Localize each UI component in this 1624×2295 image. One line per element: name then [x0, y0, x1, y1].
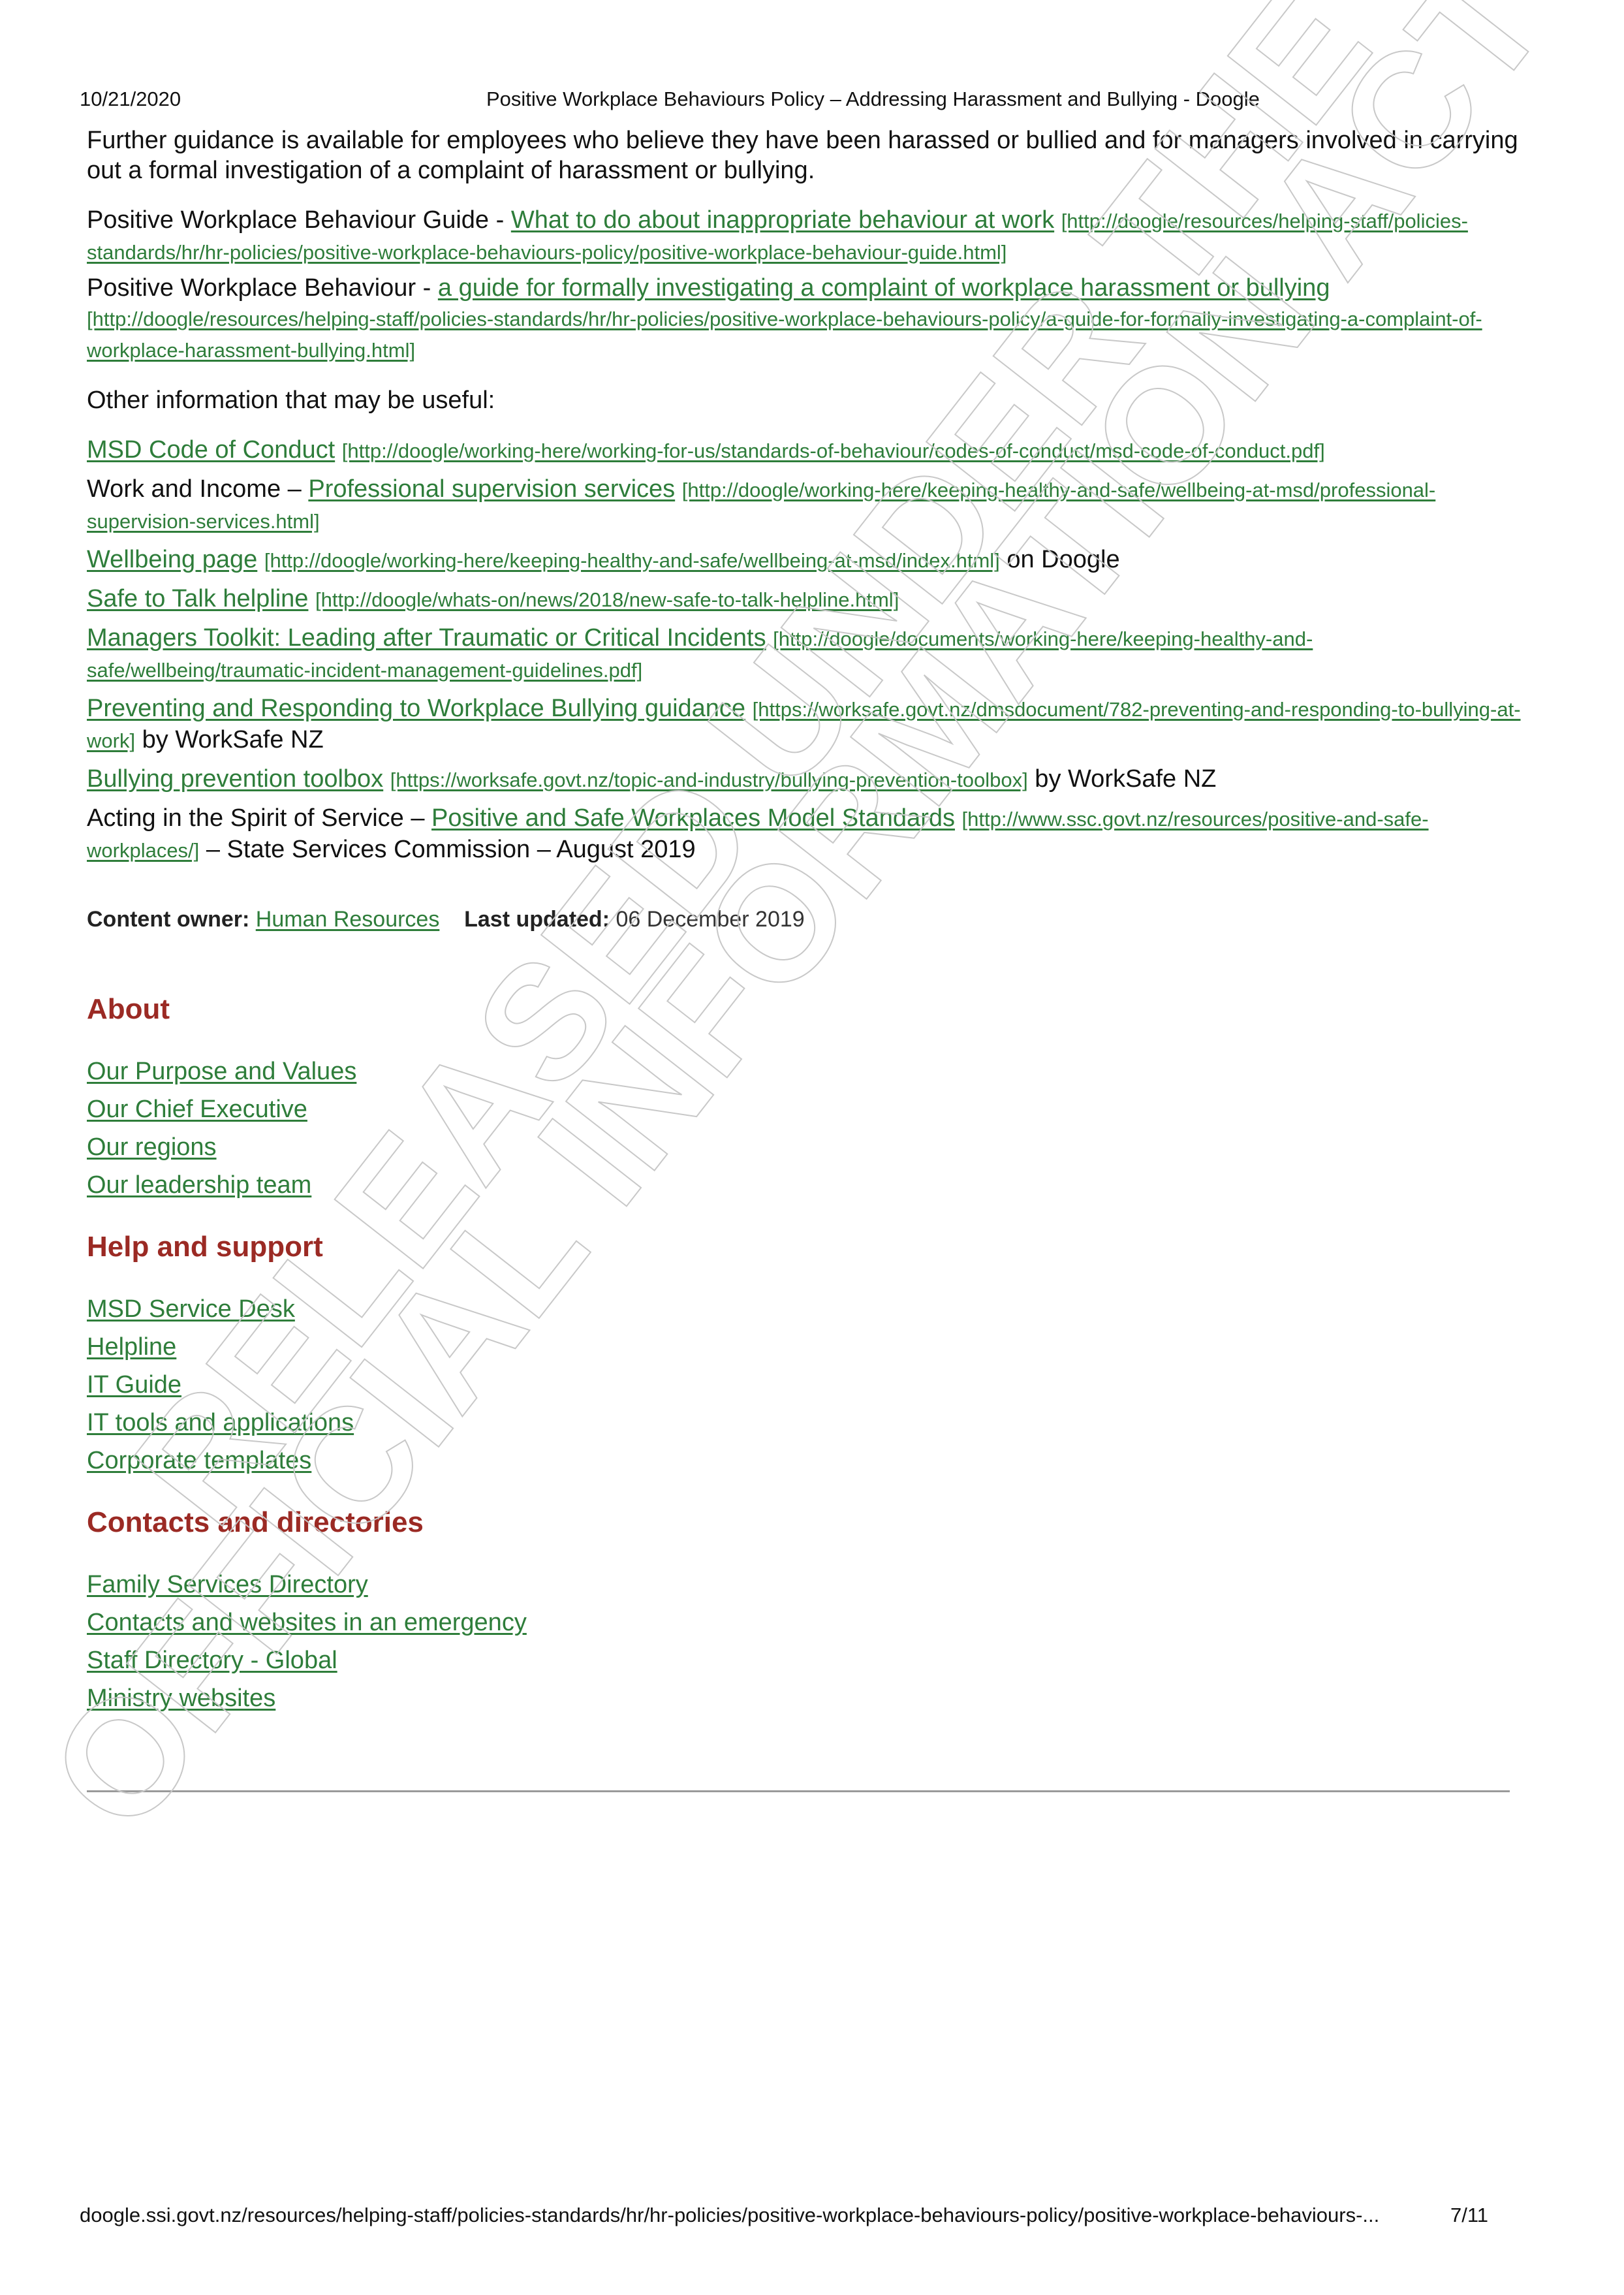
- nav-list-item: Contacts and websites in an emergency: [87, 1604, 1523, 1641]
- resource-item: Acting in the Spirit of Service – Positi…: [87, 803, 1523, 866]
- resource-item: MSD Code of Conduct [http://doogle/worki…: [87, 435, 1523, 466]
- print-header: 10/21/2020 Positive Workplace Behaviours…: [80, 87, 1544, 114]
- resource-item: Preventing and Responding to Workplace B…: [87, 693, 1523, 756]
- resource-suffix: on Doogle: [1000, 546, 1120, 573]
- nav-link[interactable]: Ministry websites: [87, 1685, 275, 1712]
- nav-list-item: IT Guide: [87, 1366, 1523, 1404]
- other-info-label: Other information that may be useful:: [87, 385, 1523, 415]
- nav-list-item: Ministry websites: [87, 1679, 1523, 1717]
- print-title: Positive Workplace Behaviours Policy – A…: [486, 87, 1260, 111]
- resource-item: Wellbeing page [http://doogle/working-he…: [87, 545, 1523, 576]
- updated-label: Last updated:: [464, 907, 610, 932]
- nav-link[interactable]: Staff Directory - Global: [87, 1647, 337, 1674]
- nav-link[interactable]: Family Services Directory: [87, 1571, 368, 1598]
- nav-section-heading: Help and support: [87, 1230, 1523, 1264]
- nav-list-item: Staff Directory - Global: [87, 1641, 1523, 1679]
- guide-link[interactable]: a guide for formally investigating a com…: [438, 274, 1330, 302]
- nav-link[interactable]: Contacts and websites in an emergency: [87, 1609, 527, 1636]
- nav-link[interactable]: Our leadership team: [87, 1171, 311, 1199]
- nav-list-item: Helpline: [87, 1328, 1523, 1366]
- resource-prefix: Acting in the Spirit of Service –: [87, 804, 431, 832]
- resource-item: Managers Toolkit: Leading after Traumati…: [87, 623, 1523, 686]
- resource-link[interactable]: Positive and Safe Workplaces Model Stand…: [431, 804, 955, 832]
- nav-section-links: MSD Service DeskHelplineIT GuideIT tools…: [87, 1290, 1523, 1480]
- print-url: doogle.ssi.govt.nz/resources/helping-sta…: [80, 2204, 1379, 2226]
- resource-link[interactable]: MSD Code of Conduct: [87, 436, 335, 464]
- resource-item: Safe to Talk helpline [http://doogle/wha…: [87, 584, 1523, 615]
- nav-list-item: Corporate templates: [87, 1442, 1523, 1480]
- guide-link[interactable]: What to do about inappropriate behaviour…: [511, 206, 1054, 234]
- resource-url[interactable]: [http://doogle/working-here/working-for-…: [342, 439, 1325, 462]
- owner-link[interactable]: Human Resources: [256, 907, 440, 932]
- nav-list-item: Our Chief Executive: [87, 1090, 1523, 1128]
- nav-link[interactable]: Helpline: [87, 1333, 176, 1361]
- page-content: Further guidance is available for employ…: [87, 125, 1523, 1743]
- resource-suffix: by WorkSafe NZ: [1028, 765, 1217, 793]
- nav-link[interactable]: Corporate templates: [87, 1447, 311, 1474]
- nav-link[interactable]: Our regions: [87, 1133, 217, 1161]
- resource-item: Work and Income – Professional supervisi…: [87, 474, 1523, 537]
- nav-link[interactable]: Our Chief Executive: [87, 1096, 307, 1123]
- footer-divider: [87, 1790, 1510, 1792]
- intro-paragraph: Further guidance is available for employ…: [87, 125, 1523, 185]
- guide-prefix: Positive Workplace Behaviour -: [87, 274, 438, 302]
- nav-link[interactable]: IT Guide: [87, 1371, 181, 1399]
- resource-link[interactable]: Wellbeing page: [87, 546, 257, 573]
- resource-suffix: – State Services Commission – August 201…: [199, 836, 695, 863]
- guide-url[interactable]: [http://doogle/resources/helping-staff/p…: [87, 308, 1482, 362]
- nav-link[interactable]: Our Purpose and Values: [87, 1058, 356, 1085]
- resource-link[interactable]: Preventing and Responding to Workplace B…: [87, 695, 745, 722]
- resource-suffix: by WorkSafe NZ: [135, 726, 324, 753]
- guide-item: Positive Workplace Behaviour Guide - Wha…: [87, 205, 1523, 268]
- owner-label: Content owner:: [87, 907, 249, 932]
- nav-section-links: Family Services DirectoryContacts and we…: [87, 1566, 1523, 1717]
- resource-link[interactable]: Professional supervision services: [308, 475, 675, 503]
- print-footer: doogle.ssi.govt.nz/resources/helping-sta…: [80, 2204, 1516, 2227]
- nav-list-item: Our Purpose and Values: [87, 1053, 1523, 1090]
- nav-list-item: IT tools and applications: [87, 1404, 1523, 1442]
- footer-nav: AboutOur Purpose and ValuesOur Chief Exe…: [87, 992, 1523, 1717]
- content-meta: Content owner: Human Resources Last upda…: [87, 905, 1523, 934]
- resource-url[interactable]: [http://doogle/working-here/keeping-heal…: [264, 549, 1000, 572]
- nav-list-item: Family Services Directory: [87, 1566, 1523, 1604]
- resource-link[interactable]: Managers Toolkit: Leading after Traumati…: [87, 624, 766, 652]
- nav-link[interactable]: MSD Service Desk: [87, 1295, 295, 1323]
- guide-item: Positive Workplace Behaviour - a guide f…: [87, 273, 1523, 366]
- print-date: 10/21/2020: [80, 87, 181, 111]
- resource-link[interactable]: Safe to Talk helpline: [87, 585, 308, 612]
- resource-url[interactable]: [http://doogle/whats-on/news/2018/new-sa…: [315, 588, 899, 611]
- page-number: 7/11: [1450, 2204, 1488, 2227]
- guides-list: Positive Workplace Behaviour Guide - Wha…: [87, 205, 1523, 366]
- updated-value: 06 December 2019: [616, 907, 804, 932]
- nav-link[interactable]: IT tools and applications: [87, 1409, 354, 1436]
- resource-link[interactable]: Bullying prevention toolbox: [87, 765, 383, 793]
- resource-prefix: Work and Income –: [87, 475, 308, 503]
- resource-url[interactable]: [https://worksafe.govt.nz/topic-and-indu…: [390, 768, 1028, 791]
- nav-section-links: Our Purpose and ValuesOur Chief Executiv…: [87, 1053, 1523, 1204]
- nav-section-heading: Contacts and directories: [87, 1506, 1523, 1540]
- nav-list-item: Our leadership team: [87, 1166, 1523, 1204]
- nav-section-heading: About: [87, 992, 1523, 1026]
- nav-list-item: MSD Service Desk: [87, 1290, 1523, 1328]
- resources-list: MSD Code of Conduct [http://doogle/worki…: [87, 435, 1523, 866]
- guide-prefix: Positive Workplace Behaviour Guide -: [87, 206, 511, 234]
- nav-list-item: Our regions: [87, 1128, 1523, 1166]
- resource-item: Bullying prevention toolbox [https://wor…: [87, 764, 1523, 795]
